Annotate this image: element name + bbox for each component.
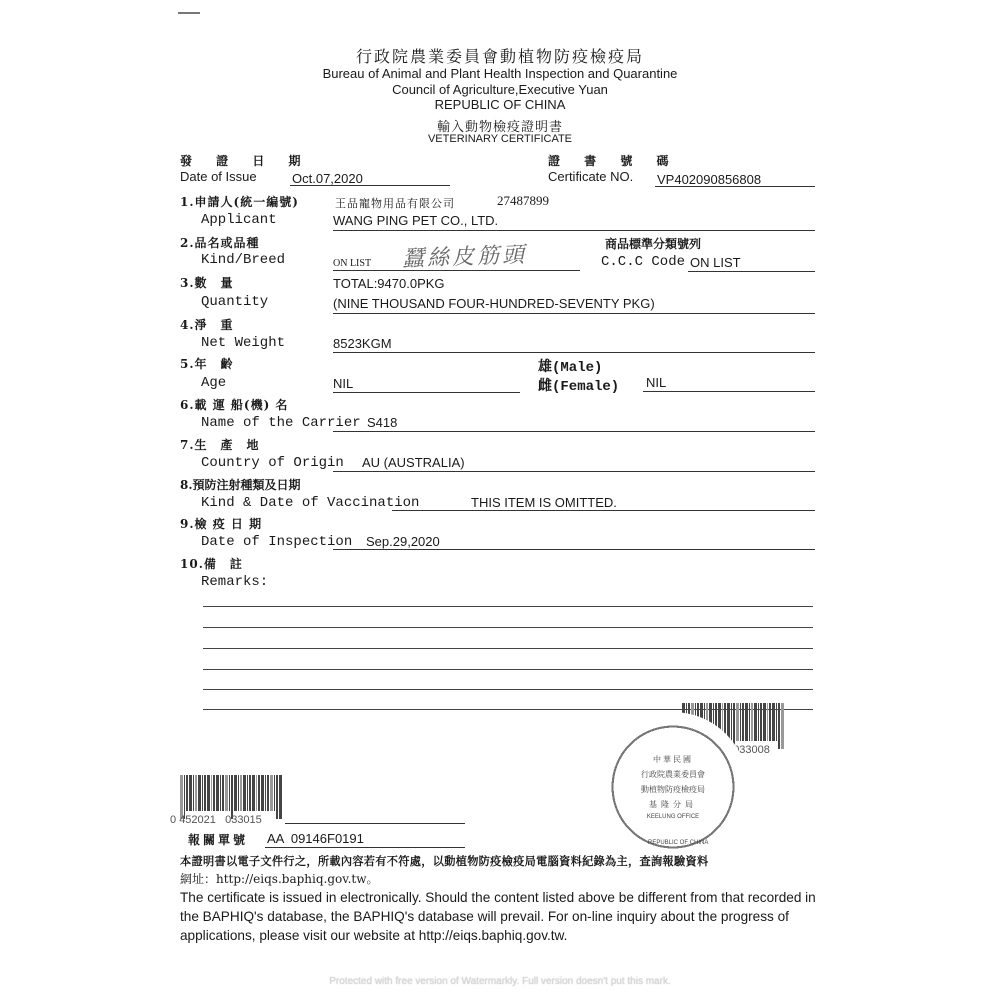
- customs-label-cn: 報關單號: [188, 831, 248, 848]
- barcode-bar: [249, 775, 251, 811]
- barcode-bar: [742, 703, 744, 741]
- barcode-bar: [274, 775, 275, 811]
- remarks-label-en: Remarks:: [201, 574, 268, 590]
- inspection-label-cn: 9.檢 疫 日 期: [180, 515, 262, 532]
- footer-note-en: The certificate is issued in electronica…: [180, 888, 820, 945]
- applicant-id-number: 27487899: [497, 193, 549, 209]
- remarks-line: [203, 648, 813, 649]
- carrier-value: S418: [367, 415, 397, 430]
- customs-underline: [265, 847, 465, 848]
- barcode-bar: [234, 775, 237, 811]
- kind-label-en: Kind/Breed: [201, 252, 285, 268]
- barcode-bar: [751, 703, 753, 741]
- footer-note-cn-1: 本證明書以電子文件行之，所載內容若有不符處，以動植物防疫檢疫局電腦資料紀錄為主，…: [180, 853, 830, 869]
- sex-underline: [643, 391, 815, 392]
- agency-title-en: Bureau of Animal and Plant Health Inspec…: [250, 66, 750, 81]
- seal-line-2: 行政院農業委員會: [641, 769, 705, 780]
- seal-line-4: 基隆分局: [649, 799, 697, 810]
- customs-value: AA 09146F0191: [267, 831, 364, 846]
- age-label-cn: 5.年 齡: [180, 355, 234, 372]
- net-weight-label-cn: 4.淨 重: [180, 316, 234, 333]
- barcode-bar: [767, 703, 768, 741]
- vaccination-label-cn: 8.預防注射種類及日期: [180, 476, 301, 493]
- barcode-left-number: 0 452021 033015: [170, 814, 262, 826]
- barcode-bar: [772, 703, 775, 741]
- scan-mark: [178, 12, 200, 14]
- quantity-total: TOTAL:9470.0PKG: [333, 276, 445, 291]
- agency-title-cn: 行政院農業委員會動植物防疫檢疫局: [250, 44, 750, 67]
- ccc-label-en: C.C.C Code: [601, 254, 685, 270]
- age-value: NIL: [333, 376, 353, 391]
- barcode-bar: [213, 775, 215, 811]
- barcode-bar: [776, 703, 777, 741]
- barcode-bar: [740, 703, 741, 741]
- barcode-bar: [279, 775, 282, 819]
- issue-date-label-cn: 發 證 日 期: [180, 152, 311, 169]
- barcode-bar: [229, 775, 230, 811]
- quantity-label-en: Quantity: [201, 294, 268, 310]
- origin-label-en: Country of Origin: [201, 455, 344, 471]
- barcode-bar: [256, 775, 257, 811]
- sex-value: NIL: [646, 375, 666, 390]
- barcode-bar: [265, 775, 266, 811]
- barcode-bar: [198, 775, 201, 811]
- carrier-underline: [333, 431, 815, 432]
- barcode-bar: [261, 775, 264, 811]
- carrier-label-en: Name of the Carrier: [201, 415, 361, 431]
- barcode-bar: [781, 703, 784, 749]
- barcode-bar: [749, 703, 750, 741]
- net-weight-value: 8523KGM: [333, 336, 392, 351]
- quantity-in-words: (NINE THOUSAND FOUR-HUNDRED-SEVENTY PKG): [333, 296, 655, 311]
- applicant-name-cn: 王品寵物用品有限公司: [335, 195, 455, 211]
- watermark-text: Protected with free version of Watermark…: [250, 976, 750, 987]
- country-title: REPUBLIC OF CHINA: [250, 97, 750, 112]
- barcode-bar: [258, 775, 260, 811]
- quantity-underline: [333, 313, 815, 314]
- barcode-bar: [195, 775, 197, 811]
- barcode-bar: [243, 775, 246, 811]
- barcode-bar: [731, 703, 732, 741]
- inspection-label-en: Date of Inspection: [201, 534, 352, 550]
- inspection-underline: [333, 549, 815, 550]
- vaccination-label-en: Kind & Date of Vaccination: [201, 495, 419, 511]
- ccc-value: ON LIST: [690, 255, 741, 270]
- remarks-line: [203, 689, 813, 690]
- barcode-bar: [760, 703, 762, 741]
- female-label: 雌(Female): [538, 375, 619, 395]
- seal-line-1: 中華民國: [653, 754, 693, 765]
- cert-no-underline: [655, 186, 815, 187]
- vaccination-value: THIS ITEM IS OMITTED.: [471, 495, 617, 510]
- ccc-underline: [688, 271, 815, 272]
- barcode-bar: [189, 775, 192, 811]
- barcode-bar: [184, 775, 185, 819]
- barcode-bar: [736, 703, 739, 741]
- document-title-en: VETERINARY CERTIFICATE: [250, 133, 750, 145]
- barcode-bar: [240, 775, 242, 811]
- seal-line-3: 動植物防疫檢疫局: [641, 784, 705, 795]
- council-title: Council of Agriculture,Executive Yuan: [250, 82, 750, 97]
- barcode-bar: [186, 775, 188, 811]
- barcode-bar: [270, 775, 273, 811]
- remarks-line: [203, 627, 813, 628]
- origin-underline: [333, 471, 815, 472]
- cert-no-label-cn: 證 書 號 碼: [548, 152, 679, 169]
- barcode-bar: [207, 775, 210, 811]
- barcode-bar: [238, 775, 239, 811]
- cert-no-value: VP402090856808: [657, 172, 761, 187]
- barcode-bar: [754, 703, 757, 741]
- remarks-line: [203, 606, 813, 607]
- kind-value: ON LIST: [333, 258, 371, 269]
- cert-no-label-en: Certificate NO.: [548, 169, 633, 184]
- barcode-bar: [778, 703, 780, 749]
- barcode-bar: [247, 775, 248, 811]
- carrier-label-cn: 6.載 運 船(機) 名: [180, 396, 288, 413]
- applicant-underline: [333, 230, 815, 231]
- age-underline: [333, 392, 520, 393]
- barcode-bar: [763, 703, 766, 741]
- remarks-line: [203, 669, 813, 670]
- net-weight-label-en: Net Weight: [201, 335, 285, 351]
- male-label: 雄(Male): [538, 356, 602, 376]
- official-seal: 中華民國 行政院農業委員會 動植物防疫檢疫局 基隆分局 KEELUNG OFFI…: [598, 712, 748, 862]
- vaccination-underline: [392, 510, 815, 511]
- seal-office: KEELUNG OFFICE: [647, 814, 699, 820]
- barcode-bar: [252, 775, 255, 811]
- applicant-label-cn: 1.申請人(統一編號): [180, 193, 299, 210]
- barcode-bar: [745, 703, 748, 741]
- barcode-bar: [231, 775, 233, 819]
- barcode-bar: [220, 775, 221, 811]
- barcode-bar: [211, 775, 212, 811]
- issue-date-label-en: Date of Issue: [180, 169, 257, 184]
- kind-underline: [333, 270, 580, 271]
- ccc-label-cn: 商品標準分類號列: [605, 235, 701, 252]
- remarks-label-cn: 10.備 註: [180, 555, 243, 572]
- seal-ring-bottom: REPUBLIC OF CHINA: [648, 840, 708, 846]
- origin-label-cn: 7.生 產 地: [180, 436, 260, 453]
- barcode-bar: [222, 775, 224, 811]
- barcode-bar: [204, 775, 206, 811]
- age-label-en: Age: [201, 375, 226, 391]
- net-weight-underline: [333, 352, 815, 353]
- barcode-bar: [180, 775, 183, 819]
- barcode-bar: [276, 775, 278, 819]
- applicant-name-en: WANG PING PET CO., LTD.: [333, 213, 498, 228]
- footer-note-cn-2: 網址：http://eiqs.baphiq.gov.tw。: [180, 870, 379, 887]
- barcode-bar: [758, 703, 759, 741]
- origin-value: AU (AUSTRALIA): [362, 455, 465, 470]
- barcode-bar: [216, 775, 219, 811]
- barcode-bar: [193, 775, 194, 811]
- quantity-label-cn: 3.數 量: [180, 274, 234, 291]
- issue-date-value: Oct.07,2020: [292, 171, 363, 186]
- barcode-bar: [225, 775, 228, 811]
- kind-handwritten-note: 蠶絲皮筋頭: [401, 238, 527, 273]
- barcode-bar: [202, 775, 203, 811]
- inspection-value: Sep.29,2020: [366, 534, 440, 549]
- barcode-left-underline: [285, 823, 465, 824]
- issue-date-underline: [290, 185, 450, 186]
- applicant-label-en: Applicant: [201, 212, 277, 228]
- kind-label-cn: 2.品名或品種: [180, 234, 260, 251]
- barcode-bar: [769, 703, 771, 741]
- barcode-bar: [267, 775, 269, 811]
- barcode-left: [180, 775, 282, 819]
